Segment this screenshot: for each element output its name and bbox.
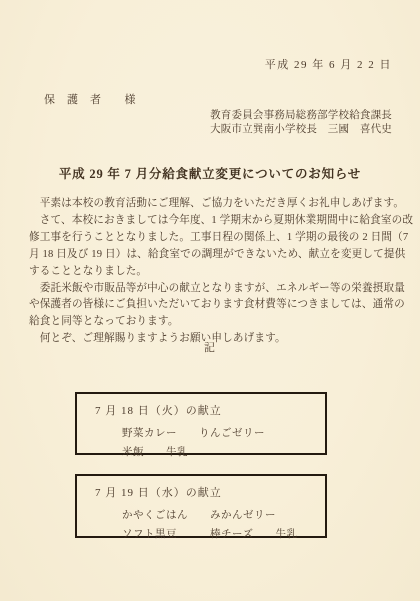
notice-marker: 記 [0,339,420,355]
body-line: することとなりました。 [29,264,395,281]
document-body: 平素は本校の教育活動にご理解、ご協力をいただき厚くお礼申しあげます。 さて、本校… [29,196,395,348]
body-line: 給食と同等となっております。 [29,314,395,331]
body-line: 月 18 日及び 19 日）は、給食室での調理ができないため、献立を変更して提供 [29,247,395,264]
menu-box-july-19: 7 月 19 日（水）の献立 かやくごはん みかんゼリー ソフト黒豆 棒チーズ … [75,474,327,538]
body-line: 平素は本校の教育活動にご理解、ご協力をいただき厚くお礼申しあげます。 [29,196,395,213]
menu-heading: 7 月 18 日（火）の献立 [95,402,325,418]
sender-principal: 大阪市立巽南小学校長 三國 喜代史 [210,121,392,136]
menu-items-line: ソフト黒豆 棒チーズ 牛乳 [122,526,325,541]
menu-items-line: 米飯 牛乳 [122,444,325,459]
document-date: 平成 29 年 6 月 2 2 日 [265,56,392,72]
menu-box-july-18: 7 月 18 日（火）の献立 野菜カレー りんごゼリー 米飯 牛乳 [75,392,327,455]
body-line: 委託米飯や市販品等が中心の献立となりますが、エネルギー等の栄養摂取量 [29,281,395,298]
sender-department: 教育委員会事務局総務部学校給食課長 [210,107,392,122]
body-line: さて、本校におきましては今年度、1 学期末から夏期休業期間中に給食室の改 [29,213,395,230]
menu-heading: 7 月 19 日（水）の献立 [95,484,325,500]
recipient-line: 保 護 者 様 [44,91,136,107]
menu-items-line: かやくごはん みかんゼリー [122,507,325,522]
document-page: 平成 29 年 6 月 2 2 日 保 護 者 様 教育委員会事務局総務部学校給… [0,0,420,601]
document-title: 平成 29 年 7 月分給食献立変更についてのお知らせ [0,164,420,182]
body-line: や保護者の皆様にご負担いただいております食材費等につきましては、通常の [29,297,395,314]
menu-items-line: 野菜カレー りんごゼリー [122,425,325,440]
body-line: 修工事を行うこととなりました。工事日程の関係上、1 学期の最後の 2 日間（7 [29,230,395,247]
